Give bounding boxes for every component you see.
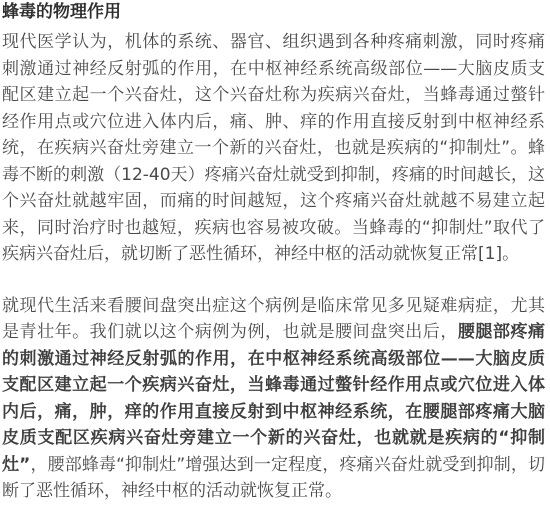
article: 蜂毒的物理作用 现代医学认为，机体的系统、器官、组织遇到各种疼痛刺激，同时疼痛刺… xyxy=(0,0,550,505)
paragraph-2-bold-run: 腰腿部疼痛的刺激通过神经反射弧的作用，在中枢神经系统高级部位——大脑皮质支配区建… xyxy=(2,322,545,475)
paragraph-1: 现代医学认为，机体的系统、器官、组织遇到各种疼痛刺激，同时疼痛刺激通过神经反射弧… xyxy=(2,29,545,268)
paragraph-2: 就现代生活来看腰间盘突出症这个病例是临床常见多见疑难病症，尤其是青壮年。我们就以… xyxy=(2,293,545,505)
paragraph-2-regular-end: ，腰部蜂毒“抑制灶”增强达到一定程度，疼痛兴奋灶就受到抑制，切断了恶性循环，神经… xyxy=(2,455,545,502)
article-title: 蜂毒的物理作用 xyxy=(2,2,545,23)
